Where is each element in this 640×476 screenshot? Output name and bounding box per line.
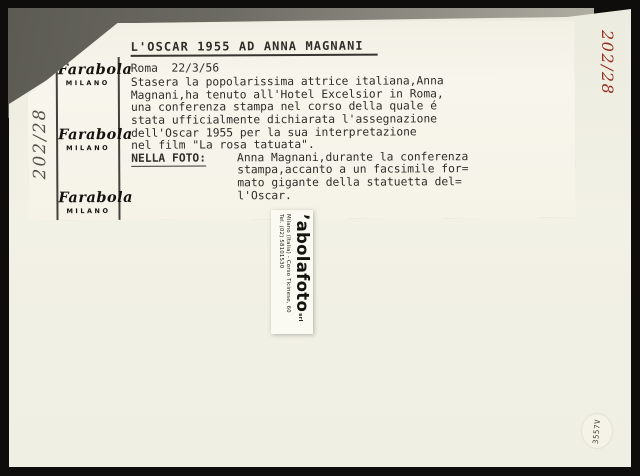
archive-number-right: 202/28	[589, 30, 617, 110]
caption-photo-line: l'Oscar.	[131, 188, 571, 203]
caption-title: L'OSCAR 1955 AD ANNA MAGNANI	[131, 40, 378, 57]
agency-sticker: ’abolafotosrl Milano (Italia) - Corso Ti…	[271, 210, 313, 334]
caption-dateline: Roma 22/3/56	[131, 60, 571, 75]
agency-sticker-address: Milano (Italia) - Corso Ticinese, 60	[284, 214, 291, 330]
agency-stamp-city: MILANO	[58, 207, 118, 215]
agency-sticker-name-text: ’abolafoto	[293, 214, 312, 312]
agency-stamp-city: MILANO	[58, 144, 118, 152]
agency-sticker-content: ’abolafotosrl Milano (Italia) - Corso Ti…	[271, 210, 313, 334]
archive-number-right-text: 202/28	[589, 30, 617, 110]
agency-stamp-name: Farabola	[58, 189, 118, 206]
photo-back-scan: 202/28 202/28 Farabola MILANO Farabola M…	[0, 0, 640, 476]
agency-stamp-name: Farabola	[58, 126, 118, 143]
typed-caption: L'OSCAR 1955 AD ANNA MAGNANI Roma 22/3/5…	[131, 39, 572, 203]
agency-sticker-phone: Tel. (02) 58101530	[278, 214, 285, 330]
code-sticker: 3557V	[582, 414, 612, 448]
agency-sticker-name: ’abolafotosrl	[291, 214, 311, 330]
agency-stamp-city: MILANO	[58, 79, 118, 87]
code-sticker-text: 3557V	[591, 418, 602, 444]
agency-stamp: Farabola MILANO	[58, 61, 118, 87]
nella-foto-heading: NELLA FOTO:	[131, 151, 206, 166]
agency-sticker-suffix: srl	[297, 313, 303, 322]
caption-label: 202/28 Farabola MILANO Farabola MILANO F…	[27, 21, 575, 221]
agency-stamp: Farabola MILANO	[58, 126, 118, 152]
agency-stamp: Farabola MILANO	[58, 189, 118, 215]
